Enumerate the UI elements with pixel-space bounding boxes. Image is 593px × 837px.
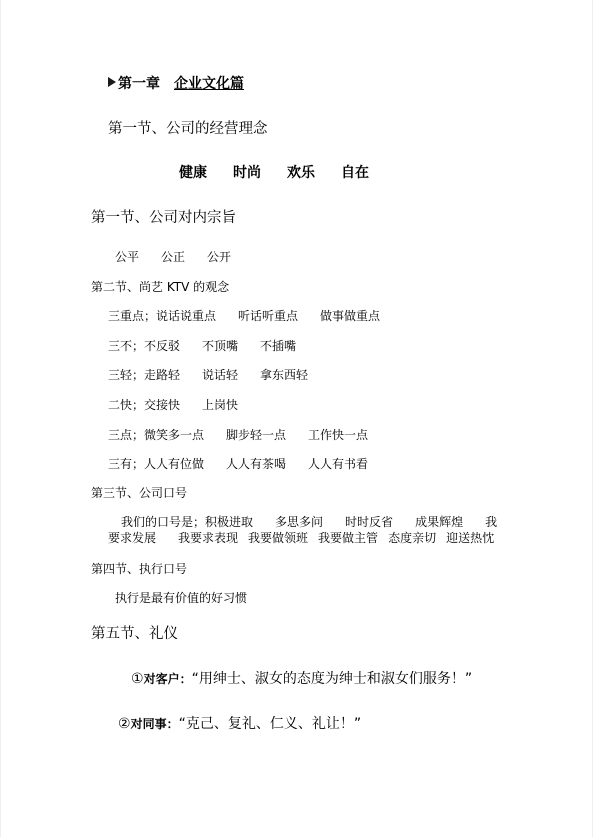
concept-item: 工作快一点 [308,428,368,442]
concept-item: 不插嘴 [260,339,296,353]
chapter-prefix: 第一章 [118,76,160,92]
slogan-item: 态度亲切 [388,531,436,545]
item-number: ① [131,671,144,687]
chapter-title: 企业文化篇 [174,76,244,92]
etiquette-label: 对客户： [144,672,192,686]
slogan-item: 成果辉煌 [415,515,463,529]
concept-label: 三轻； [108,368,144,382]
concept-item: 听话听重点 [238,309,298,323]
concept-item: 人人有书看 [308,457,368,471]
principle-item: 公正 [161,250,185,264]
concept-item: 不反驳 [144,339,180,353]
concept-item: 人人有位做 [144,457,204,471]
slogan-item: 我 [485,515,497,529]
motto-row: 健康时尚欢乐自在 [179,166,369,180]
slogan-item: 迎送热忱 [446,531,494,545]
concept-item: 说话轻 [202,368,238,382]
concept-label: 三点； [108,428,144,442]
section-heading-philosophy: 第一节、公司的经营理念 [108,122,268,137]
concept-item: 人人有茶喝 [226,457,286,471]
principles-row: 公平公正公开 [115,251,231,263]
motto-item: 欢乐 [287,165,315,181]
concept-item: 不顶嘴 [202,339,238,353]
concept-item: 上岗快 [202,398,238,412]
slogan-item: 我要做主管 [318,531,378,545]
motto-item: 健康 [179,165,207,181]
concept-label: 三重点； [108,309,156,323]
concept-item: 做事做重点 [320,309,380,323]
slogan-item: 要求发展 [108,531,156,545]
slogan-line-1: 我们的口号是；积极进取多思多问时时反省成果辉煌我 [121,516,497,528]
concept-row: 三不；不反驳不顶嘴不插嘴 [108,340,296,352]
section-heading-slogan: 第三节、公司口号 [91,487,187,499]
slogan-line-2: 要求发展我要求表现我要做领班我要做主管态度亲切迎送热忱 [108,532,494,544]
section-heading-execution: 第四节、执行口号 [91,563,187,575]
chapter-heading: 第一章企业文化篇 [108,77,244,91]
etiquette-item-customer: ①对客户：“用绅士、淑女的态度为绅士和淑女们服务！” [131,672,472,686]
concept-label: 三不； [108,339,144,353]
concept-row: 三轻；走路轻说话轻拿东西轻 [108,369,308,381]
motto-item: 自在 [341,165,369,181]
concept-item: 微笑多一点 [144,428,204,442]
etiquette-item-colleague: ②对同事：“克己、复礼、仁义、礼让！” [118,717,361,731]
motto-item: 时尚 [233,165,261,181]
concept-row: 三点；微笑多一点脚步轻一点工作快一点 [108,429,368,441]
slogan-label: 我们的口号是； [121,515,205,529]
slogan-item: 积极进取 [205,515,253,529]
etiquette-quote: “用绅士、淑女的态度为绅士和淑女们服务！” [192,671,473,687]
principle-item: 公平 [115,250,139,264]
document-page: 第一章企业文化篇 第一节、公司的经营理念 健康时尚欢乐自在 第一节、公司对内宗旨… [0,0,593,837]
etiquette-label: 对同事： [131,717,179,731]
concept-item: 说话说重点 [156,309,216,323]
concept-label: 二快； [108,398,144,412]
etiquette-quote: “克己、复礼、仁义、礼让！” [179,716,362,732]
concept-item: 脚步轻一点 [226,428,286,442]
slogan-item: 时时反省 [345,515,393,529]
slogan-item: 多思多问 [275,515,323,529]
concept-row: 三重点；说话说重点听话听重点做事做重点 [108,310,380,322]
section-heading-concepts: 第二节、尚艺 KTV 的观念 [91,281,229,293]
principle-item: 公开 [207,250,231,264]
execution-text: 执行是最有价值的好习惯 [115,592,247,604]
concept-item: 拿东西轻 [260,368,308,382]
concept-item: 交接快 [144,398,180,412]
arrow-bullet-icon [108,77,116,87]
concept-item: 走路轻 [144,368,180,382]
slogan-item: 我要做领班 [248,531,308,545]
item-number: ② [118,716,131,732]
slogan-item: 我要求表现 [178,531,238,545]
concept-label: 三有； [108,457,144,471]
section-heading-internal-purpose: 第一节、公司对内宗旨 [91,211,236,226]
section-heading-etiquette: 第五节、礼仪 [91,627,178,642]
concept-row: 三有；人人有位做人人有茶喝人人有书看 [108,458,368,470]
concept-row: 二快；交接快上岗快 [108,399,238,411]
